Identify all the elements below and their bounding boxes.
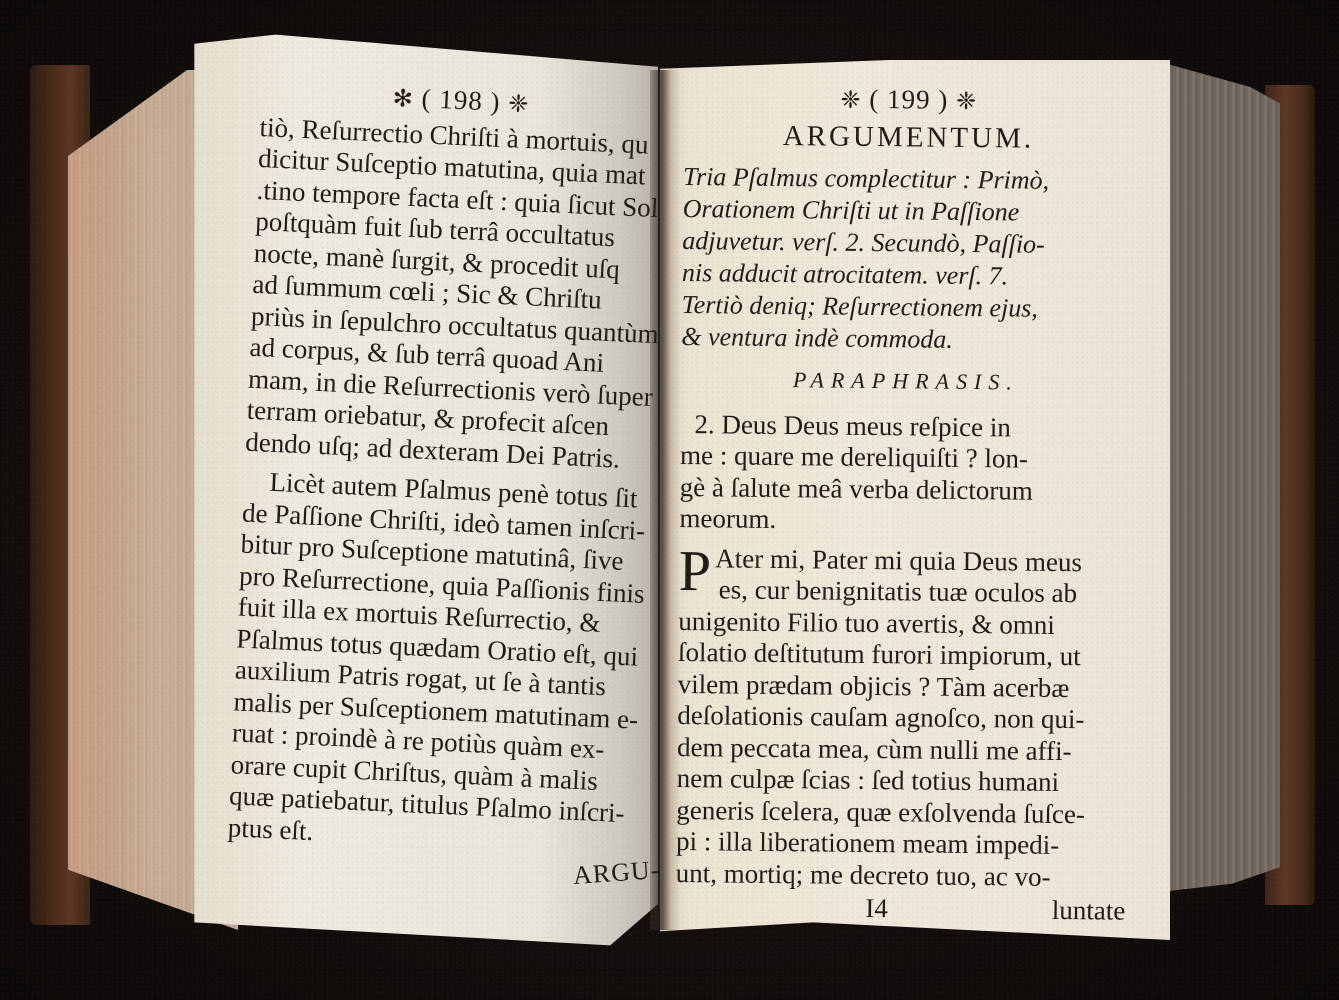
text-line: Ater mi, Pater mi quia Deus meus [679, 543, 1129, 579]
verse-line: meorum. [679, 503, 1129, 539]
argument-line: Tertiò deniq; Reſurrectionem ejus, [681, 289, 1131, 326]
section-title: ARGUMENTUM. [683, 120, 1133, 156]
argument-line: Orationem Chriſti ut in Paſſione [683, 193, 1133, 230]
right-page-text: ❈ ( 199 ) ❈ ARGUMENTUM. Tria Pſalmus com… [675, 82, 1134, 927]
paraphrasis-heading: PARAPHRASIS. [681, 363, 1131, 399]
page-number: ( 198 ) [421, 83, 501, 117]
printer-ornament-icon: ❈ [507, 89, 530, 121]
argument-line: & ventura indè commoda. [681, 321, 1131, 358]
catchword-right: luntate [1052, 895, 1126, 927]
page-block-edge-right [1160, 62, 1280, 892]
running-head-right: ❈ ( 199 ) ❈ [684, 82, 1134, 120]
text-line: dem peccata mea, cùm nulli me affi- [677, 732, 1127, 768]
drop-cap: P [679, 545, 712, 597]
text-line: generis ſcelera, quæ exſolvenda ſuſce- [676, 795, 1126, 831]
text-line: nem culpæ ſcias : ſed totius humani [677, 763, 1127, 799]
page-footer-right: I4 luntate [675, 891, 1125, 927]
left-page-text: ✻ ( 198 ) ❈ tiò, Reſurrectio Chriſti à m… [227, 76, 661, 861]
text-line: pi : illa liberationem meam impedi- [676, 826, 1126, 862]
printer-ornament-icon: ❈ [956, 87, 977, 119]
signature-mark: I4 [865, 893, 888, 925]
argument-line: nis adducit atrocitatem. verſ. 7. [682, 257, 1132, 294]
verse-line: gè à ſalute meâ verba delictorum [680, 472, 1130, 508]
text-line: es, cur benignitatis tuæ oculos ab [679, 574, 1129, 610]
text-line: vilem prædam objicis ? Tàm acerbæ [678, 669, 1128, 705]
verse-line: me : quare me dereliquiſti ? lon- [680, 440, 1130, 476]
argument-line: adjuvetur. verſ. 2. Secundò, Paſſio- [682, 225, 1132, 262]
printer-ornament-icon: ✻ [392, 84, 415, 116]
page-number: ( 199 ) [869, 84, 948, 115]
paraphrase-paragraph: P Ater mi, Pater mi quia Deus meus es, c… [676, 543, 1130, 894]
argument-line: Tria Pſalmus complectitur : Primò, [683, 161, 1133, 198]
text-line: unigenito Filio tuo avertis, & omni [678, 606, 1128, 642]
text-line: ſolatio deſtitutum furori impiorum, ut [678, 637, 1128, 673]
verse-line: 2. Deus Deus meus reſpice in [680, 409, 1130, 445]
catchword-left: ARGU- [572, 855, 661, 891]
printer-ornament-icon: ❈ [840, 86, 861, 118]
text-line: unt, mortiq; me decreto tuo, ac vo- [676, 858, 1126, 894]
text-line: deſolationis cauſam agnoſco, non qui- [677, 700, 1127, 736]
